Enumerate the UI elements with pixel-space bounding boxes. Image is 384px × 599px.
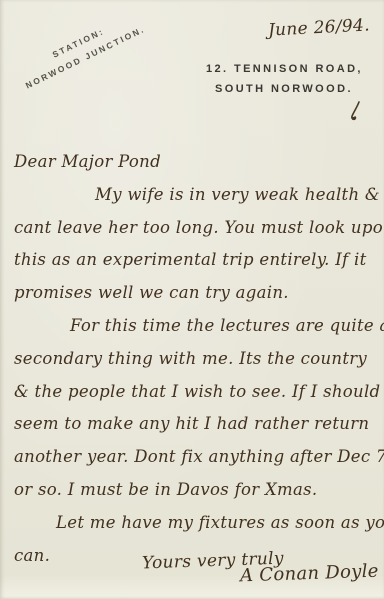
- letter-page: STATION: NORWOOD JUNCTION. June 26/94. 1…: [0, 0, 384, 599]
- letter-line: My wife is in very weak health & I: [14, 185, 380, 218]
- letter-line: Let me have my fixtures as soon as you: [14, 513, 380, 546]
- letter-line: this as an experimental trip entirely. I…: [14, 250, 380, 283]
- letter-line: promises well we can try again.: [14, 283, 380, 316]
- letter-line: secondary thing with me. Its the country: [14, 349, 380, 382]
- letter-line: For this time the lectures are quite a: [14, 316, 380, 349]
- letter-line: & the people that I wish to see. If I sh…: [14, 382, 380, 415]
- letterhead-address: 12. TENNISON ROAD,: [206, 59, 363, 79]
- ink-blot: [346, 100, 364, 131]
- signature: A Conan Doyle: [240, 561, 379, 587]
- letter-date: June 26/94.: [268, 15, 371, 40]
- letter-line: seem to make any hit I had rather return: [14, 414, 380, 447]
- letter-line: or so. I must be in Davos for Xmas.: [14, 480, 380, 513]
- letterhead-city: SOUTH NORWOOD.: [206, 79, 363, 99]
- salutation: Dear Major Pond: [14, 152, 380, 185]
- letterhead: 12. TENNISON ROAD, SOUTH NORWOOD.: [206, 59, 363, 100]
- letter-line: cant leave her too long. You must look u…: [14, 218, 380, 251]
- letter-body: Dear Major Pond My wife is in very weak …: [14, 152, 380, 578]
- letter-line: another year. Dont fix anything after De…: [14, 447, 380, 480]
- station-stamp: STATION: NORWOOD JUNCTION.: [16, 7, 149, 94]
